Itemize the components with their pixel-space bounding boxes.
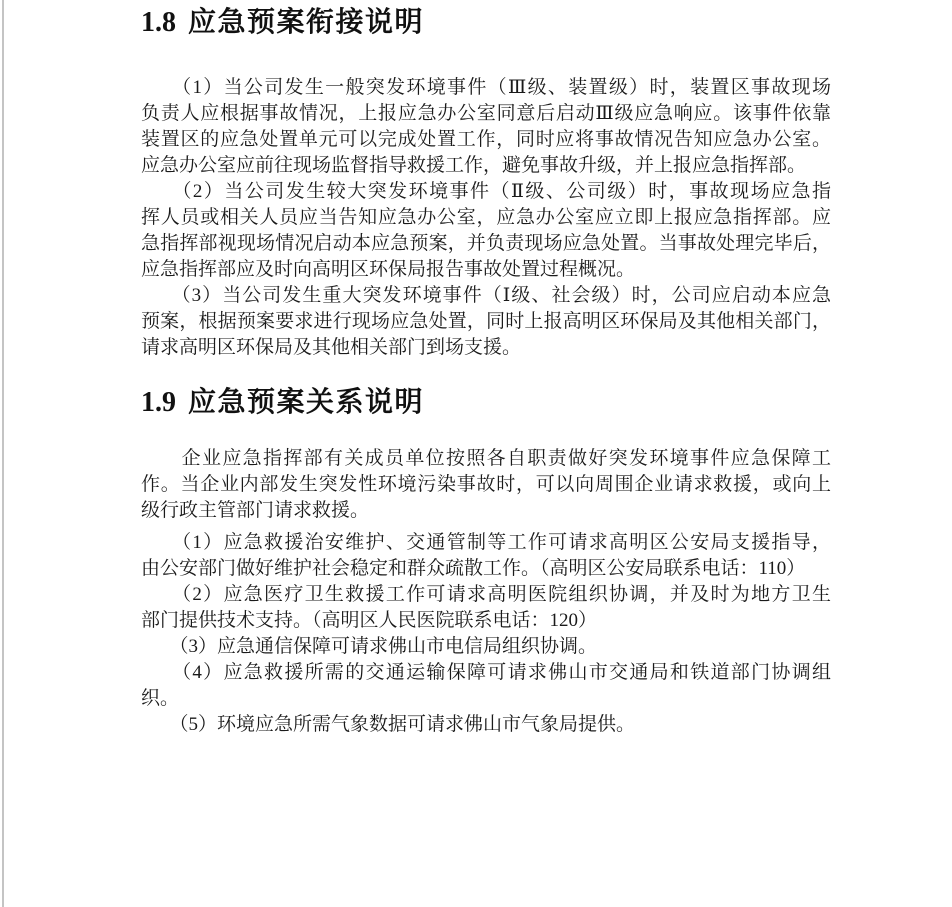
text-line: （2）应急医疗卫生救援工作可请求高明医院组织协调，并及时为地方卫生 <box>141 582 831 608</box>
section-paragraphs: 企业应急指挥部有关成员单位按照各自职责做好突发环境事件应急保障工作。当企业内部发… <box>141 446 831 524</box>
text-line: 负责人应根据事故情况，上报应急办公室同意后启动Ⅲ级应急响应。该事件依靠 <box>141 101 831 127</box>
paragraph: （4）应急救援所需的交通运输保障可请求佛山市交通局和铁道部门协调组织。 <box>141 660 831 712</box>
section-list-items: （1）应急救援治安维护、交通管制等工作可请求高明区公安局支援指导，由公安部门做好… <box>141 530 831 738</box>
section-number: 1.8 <box>141 7 176 38</box>
text-line: 挥人员或相关人员应当告知应急办公室，应急办公室应立即上报应急指挥部。应 <box>141 205 831 231</box>
section-paragraphs: （1）当公司发生一般突发环境事件（Ⅲ级、装置级）时，装置区事故现场负责人应根据事… <box>141 75 831 361</box>
text-line: 装置区的应急处置单元可以完成处置工作，同时应将事故情况告知应急办公室。 <box>141 127 831 153</box>
section-title: 应急预案衔接说明 <box>188 6 424 37</box>
text-line: 由公安部门做好维护社会稳定和群众疏散工作。（高明区公安局联系电话：110） <box>141 556 831 582</box>
text-line: 请求高明区环保局及其他相关部门到场支援。 <box>141 335 831 361</box>
section-heading: 1.8应急预案衔接说明 <box>141 3 831 42</box>
text-line: 应急办公室应前往现场监督指导救援工作，避免事故升级，并上报应急指挥部。 <box>141 153 831 179</box>
text-line: 企业应急指挥部有关成员单位按照各自职责做好突发环境事件应急保障工 <box>141 446 831 472</box>
paragraph: （2）应急医疗卫生救援工作可请求高明医院组织协调，并及时为地方卫生部门提供技术支… <box>141 582 831 634</box>
text-line: （4）应急救援所需的交通运输保障可请求佛山市交通局和铁道部门协调组 <box>141 660 831 686</box>
paragraph: （5）环境应急所需气象数据可请求佛山市气象局提供。 <box>141 712 831 738</box>
paragraph: （3）当公司发生重大突发环境事件（Ⅰ级、社会级）时，公司应启动本应急预案，根据预… <box>141 283 831 361</box>
text-line: （5）环境应急所需气象数据可请求佛山市气象局提供。 <box>141 712 831 738</box>
text-line: 部门提供技术支持。（高明区人民医院联系电话：120） <box>141 608 831 634</box>
section-title: 应急预案关系说明 <box>188 386 424 417</box>
text-line: （2）当公司发生较大突发环境事件（Ⅱ级、公司级）时，事故现场应急指 <box>141 179 831 205</box>
document-page: 1.8应急预案衔接说明 （1）当公司发生一般突发环境事件（Ⅲ级、装置级）时，装置… <box>0 0 952 907</box>
text-line: （1）当公司发生一般突发环境事件（Ⅲ级、装置级）时，装置区事故现场 <box>141 75 831 101</box>
page-content: 1.8应急预案衔接说明 （1）当公司发生一般突发环境事件（Ⅲ级、装置级）时，装置… <box>141 0 831 738</box>
paragraph: （1）当公司发生一般突发环境事件（Ⅲ级、装置级）时，装置区事故现场负责人应根据事… <box>141 75 831 179</box>
section-heading: 1.9应急预案关系说明 <box>141 383 831 422</box>
paragraph: （2）当公司发生较大突发环境事件（Ⅱ级、公司级）时，事故现场应急指挥人员或相关人… <box>141 179 831 283</box>
paragraph: （1）应急救援治安维护、交通管制等工作可请求高明区公安局支援指导，由公安部门做好… <box>141 530 831 582</box>
section-emergency-plan-relationship: 1.9应急预案关系说明 企业应急指挥部有关成员单位按照各自职责做好突发环境事件应… <box>141 383 831 738</box>
paragraph: （3）应急通信保障可请求佛山市电信局组织协调。 <box>141 634 831 660</box>
section-emergency-plan-connection: 1.8应急预案衔接说明 （1）当公司发生一般突发环境事件（Ⅲ级、装置级）时，装置… <box>141 3 831 361</box>
text-line: （1）应急救援治安维护、交通管制等工作可请求高明区公安局支援指导， <box>141 530 831 556</box>
text-line: 应急指挥部应及时向高明区环保局报告事故处置过程概况。 <box>141 257 831 283</box>
text-line: 预案，根据预案要求进行现场应急处置，同时上报高明区环保局及其他相关部门， <box>141 309 831 335</box>
text-line: （3）应急通信保障可请求佛山市电信局组织协调。 <box>141 634 831 660</box>
text-line: 级行政主管部门请求救援。 <box>141 498 831 524</box>
text-line: 急指挥部视现场情况启动本应急预案，并负责现场应急处置。当事故处理完毕后， <box>141 231 831 257</box>
paragraph: 企业应急指挥部有关成员单位按照各自职责做好突发环境事件应急保障工作。当企业内部发… <box>141 446 831 524</box>
text-line: （3）当公司发生重大突发环境事件（Ⅰ级、社会级）时，公司应启动本应急 <box>141 283 831 309</box>
page-edge-rule <box>2 0 4 907</box>
section-number: 1.9 <box>141 387 176 418</box>
text-line: 作。当企业内部发生突发性环境污染事故时，可以向周围企业请求救援，或向上 <box>141 472 831 498</box>
text-line: 织。 <box>141 686 831 712</box>
